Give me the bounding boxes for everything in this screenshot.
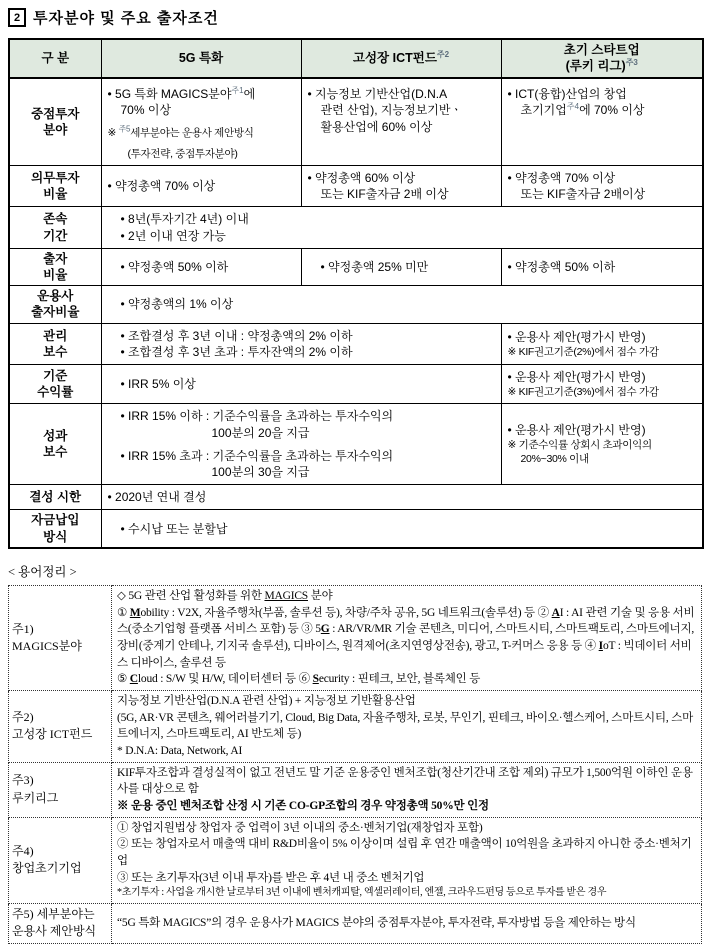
document-page: 2 투자분야 및 주요 출자조건 구 분5G 특화고성장 ICT펀드주2초기 스… — [0, 0, 710, 950]
table-cell: • 약정총액 70% 이상 — [101, 165, 301, 206]
text-segment: 구 분 — [41, 51, 69, 65]
term-definition: ◇ 5G 관련 산업 활성화를 위한 MAGICS 분야① Mobility :… — [112, 585, 702, 690]
row-label-text: 창업초기기업 — [12, 861, 82, 875]
text-segment: 분야 — [308, 590, 333, 602]
text-line: • IRR 15% 이하 : 기준수익률을 초과하는 투자수익의 — [108, 408, 495, 424]
text-segment: (루키 리그) — [566, 59, 626, 73]
text-line: 또는 KIF출자금 2배이상 — [508, 186, 697, 202]
row-label-text: 기간 — [43, 229, 67, 243]
row-label-text: 주1) — [12, 622, 34, 636]
table-row: 운용사출자비율• 약정총액의 1% 이상 — [9, 286, 703, 324]
text-segment: 또는 KIF출자금 2배 이상 — [321, 187, 449, 201]
text-segment: 지능정보 기반산업(D.N.A 관련 산업) + 지능정보 기반활용산업 — [117, 695, 416, 707]
terms-table-body: 주1)MAGICS분야◇ 5G 관련 산업 활성화를 위한 MAGICS 분야①… — [9, 585, 702, 943]
text-line: ⑤ Cloud : S/W 및 H/W, 데이터센터 등 ⑥ Security … — [117, 671, 696, 688]
text-line: • 약정총액 50% 이하 — [108, 259, 295, 275]
investment-conditions-table: 구 분5G 특화고성장 ICT펀드주2초기 스타트업(루키 리그)주3 중점투자… — [8, 38, 704, 549]
text-line: • 5G 특화 MAGICS분야주1에 — [108, 86, 295, 102]
row-header: 성과보수 — [9, 404, 101, 485]
row-label-text: 주3) — [12, 773, 34, 787]
text-segment: • 운용사 제안(평가시 반영) — [508, 370, 646, 384]
text-segment: M — [130, 607, 141, 619]
text-segment: • 운용사 제안(평가시 반영) — [508, 330, 646, 344]
table-cell: • IRR 15% 이하 : 기준수익률을 초과하는 투자수익의100분의 20… — [101, 404, 501, 485]
footnote-ref: 주4 — [567, 102, 579, 111]
text-line: • 약정총액 50% 이하 — [508, 259, 697, 275]
text-line: 관련 산업), 지능정보기반ㆍ — [308, 102, 495, 118]
row-header: 자금납입방식 — [9, 510, 101, 548]
text-segment: ※ KIF권고기준(2%)에서 점수 가감 — [508, 346, 659, 358]
table-cell: • 2020년 연내 결성 — [101, 485, 703, 510]
table-cell: • 8년(투자기간 4년) 이내• 2년 이내 연장 가능 — [101, 207, 703, 248]
row-label-text: 존속 — [43, 212, 67, 226]
table-cell: • 지능정보 기반산업(D.N.A관련 산업), 지능정보기반ㆍ활용산업에 60… — [301, 78, 501, 165]
text-line: • 약정총액 70% 이상 — [508, 170, 697, 186]
table-cell: • 조합결성 후 3년 이내 : 약정총액의 2% 이하• 조합결성 후 3년 … — [101, 323, 501, 364]
text-segment: ① 창업지원법상 창업자 중 업력이 3년 이내의 중소·벤처기업(재창업자 포… — [117, 822, 483, 834]
text-segment: ◇ 5G 관련 산업 활성화를 위한 — [117, 590, 264, 602]
table-cell: • 약정총액 60% 이상또는 KIF출자금 2배 이상 — [301, 165, 501, 206]
row-label-text: MAGICS분야 — [12, 639, 82, 653]
row-label-text: 보수 — [43, 445, 67, 459]
term-definition: KIF투자조합과 결성실적이 없고 전년도 말 기준 운용중인 벤처조합(청산기… — [112, 762, 702, 817]
text-line: 초기 스타트업 — [504, 43, 701, 59]
row-label-text: 결성 시한 — [29, 490, 81, 504]
row-header: 중점투자분야 — [9, 78, 101, 165]
text-segment: ※ KIF권고기준(3%)에서 점수 가감 — [508, 386, 659, 398]
row-label-text: 비율 — [43, 187, 67, 201]
text-line: (루키 리그)주3 — [504, 59, 701, 75]
table-cell: • 약정총액의 1% 이상 — [101, 286, 703, 324]
term-label: 주2)고성장 ICT펀드 — [9, 690, 112, 762]
text-segment: • 약정총액 50% 이하 — [508, 260, 616, 274]
row-label-text: 방식 — [43, 530, 67, 544]
text-line: • 8년(투자기간 4년) 이내 — [108, 211, 697, 227]
table-cell: • 약정총액 50% 이하 — [501, 248, 703, 286]
text-segment: ③ 또는 초기투자(3년 이내 투자)를 받은 후 4년 내 중소 벤처기업 — [117, 872, 424, 884]
row-label-text: 주2) — [12, 710, 34, 724]
text-line: “5G 특화 MAGICS”의 경우 운용사가 MAGICS 분야의 중점투자분… — [117, 915, 696, 932]
footnote-ref: 주5 — [119, 124, 131, 133]
text-segment: obility : V2X, 자율주행차(부품, 솔루션 등), 차량/주차 공… — [140, 607, 551, 619]
text-segment: 초기기업 — [521, 103, 567, 117]
term-row: 주5) 세부분야는운용사 제안방식“5G 특화 MAGICS”의 경우 운용사가… — [9, 903, 702, 943]
term-definition: ① 창업지원법상 창업자 중 업력이 3년 이내의 중소·벤처기업(재창업자 포… — [112, 817, 702, 903]
text-line: ◇ 5G 관련 산업 활성화를 위한 MAGICS 분야 — [117, 588, 696, 605]
text-segment: ※ 기준수익률 상회시 초과이익의 — [508, 439, 652, 451]
row-label-text: 운용사 — [37, 289, 73, 303]
text-line: • 약정총액의 1% 이상 — [108, 296, 697, 312]
term-row: 주3)루키리그KIF투자조합과 결성실적이 없고 전년도 말 기준 운용중인 벤… — [9, 762, 702, 817]
text-segment: 에 70% 이상 — [579, 103, 644, 117]
text-segment: • 약정총액 25% 미만 — [321, 260, 429, 274]
text-line: (투자전략, 중점투자분야) — [108, 147, 295, 161]
table-cell: • 5G 특화 MAGICS분야주1에70% 이상※ 주5세부분야는 운용사 제… — [101, 78, 301, 165]
text-segment: • 약정총액 70% 이상 — [508, 171, 616, 185]
text-line: • 운용사 제안(평가시 반영) — [508, 422, 697, 438]
row-header: 존속기간 — [9, 207, 101, 248]
text-segment: KIF투자조합과 결성실적이 없고 전년도 말 기준 운용중인 벤처조합(청산기… — [117, 767, 693, 796]
table-cell: • 약정총액 50% 이하 — [101, 248, 301, 286]
page-title: 2 투자분야 및 주요 출자조건 — [8, 7, 702, 28]
text-segment: • 수시납 또는 분할납 — [121, 522, 228, 536]
text-line: • 2020년 연내 결성 — [108, 489, 697, 505]
text-segment: loud : S/W 및 H/W, 데이터센터 등 ⑥ — [138, 673, 313, 685]
row-label-text: 주4) — [12, 844, 34, 858]
text-segment: • IRR 5% 이상 — [121, 377, 196, 391]
row-label-text: 보수 — [43, 345, 67, 359]
footnote-ref: 주1 — [231, 86, 243, 95]
text-line: ※ KIF권고기준(2%)에서 점수 가감 — [508, 345, 697, 359]
text-segment: 5G 특화 — [179, 51, 223, 65]
text-line: ※ KIF권고기준(3%)에서 점수 가감 — [508, 385, 697, 399]
table-row: 자금납입방식• 수시납 또는 분할납 — [9, 510, 703, 548]
text-line: 고성장 ICT펀드주2 — [304, 51, 499, 67]
text-line: ① 창업지원법상 창업자 중 업력이 3년 이내의 중소·벤처기업(재창업자 포… — [117, 820, 696, 837]
term-label: 주1)MAGICS분야 — [9, 585, 112, 690]
row-header: 출자비율 — [9, 248, 101, 286]
table-cell: • 약정총액 25% 미만 — [301, 248, 501, 286]
term-label: 주3)루키리그 — [9, 762, 112, 817]
text-line: ※ 운용 중인 벤처조합 산정 시 기존 CO-GP조합의 경우 약정총액 50… — [117, 798, 696, 815]
footnote-ref: 주2 — [437, 50, 449, 59]
text-segment: C — [130, 673, 138, 685]
terms-table: 주1)MAGICS분야◇ 5G 관련 산업 활성화를 위한 MAGICS 분야①… — [8, 585, 702, 944]
text-line: 구 분 — [12, 51, 99, 67]
row-label-text: 고성장 ICT펀드 — [12, 727, 92, 741]
text-segment: (투자전략, 중점투자분야) — [128, 148, 238, 160]
text-line: ※ 주5세부분야는 운용사 제안방식 — [108, 126, 295, 140]
text-segment: 관련 산업), 지능정보기반ㆍ — [321, 103, 463, 117]
text-segment: ① — [117, 607, 130, 619]
term-row: 주2)고성장 ICT펀드지능정보 기반산업(D.N.A 관련 산업) + 지능정… — [9, 690, 702, 762]
text-line: 활용산업에 60% 이상 — [308, 119, 495, 135]
text-line: • 약정총액 70% 이상 — [108, 178, 295, 194]
text-line: • ICT(융합)산업의 창업 — [508, 86, 697, 102]
text-segment: • 약정총액 50% 이하 — [121, 260, 229, 274]
column-header: 고성장 ICT펀드주2 — [301, 39, 501, 78]
text-segment: • IRR 15% 초과 : 기준수익률을 초과하는 투자수익의 — [121, 449, 394, 463]
text-line: • 약정총액 60% 이상 — [308, 170, 495, 186]
text-line: ② 또는 창업자로서 매출액 대비 R&D비율이 5% 이상이며 설립 후 연간… — [117, 836, 696, 869]
text-segment: • 조합결성 후 3년 이내 : 약정총액의 2% 이하 — [121, 329, 353, 343]
investment-table-body: 중점투자분야• 5G 특화 MAGICS분야주1에70% 이상※ 주5세부분야는… — [9, 78, 703, 548]
row-label-text: 루키리그 — [12, 791, 58, 805]
table-row: 기준수익률• IRR 5% 이상• 운용사 제안(평가시 반영)※ KIF권고기… — [9, 365, 703, 404]
row-label-text: 분야 — [43, 123, 67, 137]
text-line: ※ 기준수익률 상회시 초과이익의 — [508, 438, 697, 452]
text-segment: • 지능정보 기반산업(D.N.A — [308, 87, 448, 101]
text-segment: • 약정총액 70% 이상 — [108, 179, 216, 193]
table-row: 결성 시한• 2020년 연내 결성 — [9, 485, 703, 510]
text-line: • 조합결성 후 3년 초과 : 투자잔액의 2% 이하 — [108, 344, 495, 360]
text-line: (5G, AR·VR 콘텐츠, 웨어러블기기, Cloud, Big Data,… — [117, 710, 696, 743]
row-label-text: 관리 — [43, 329, 67, 343]
table-cell: • IRR 5% 이상 — [101, 365, 501, 404]
text-line: 20%~30% 이내 — [508, 452, 697, 466]
row-label-text: 출자 — [43, 252, 67, 266]
investment-table-header: 구 분5G 특화고성장 ICT펀드주2초기 스타트업(루키 리그)주3 — [9, 39, 703, 78]
row-label-text: 자금납입 — [31, 513, 79, 527]
text-segment: 활용산업에 60% 이상 — [321, 120, 433, 134]
column-header: 초기 스타트업(루키 리그)주3 — [501, 39, 703, 78]
text-segment: ⑤ — [117, 673, 130, 685]
text-segment: • ICT(융합)산업의 창업 — [508, 87, 627, 101]
table-row: 의무투자비율• 약정총액 70% 이상• 약정총액 60% 이상또는 KIF출자… — [9, 165, 703, 206]
table-cell: • ICT(융합)산업의 창업초기기업주4에 70% 이상 — [501, 78, 703, 165]
text-segment: 70% 이상 — [121, 103, 172, 117]
text-line: KIF투자조합과 결성실적이 없고 전년도 말 기준 운용중인 벤처조합(청산기… — [117, 765, 696, 798]
page-title-text: 투자분야 및 주요 출자조건 — [33, 7, 219, 28]
text-segment: • 8년(투자기간 4년) 이내 — [121, 212, 249, 226]
text-line: *초기투자 : 사업을 개시한 날로부터 3년 이내에 벤처캐피탈, 엑셀러레이… — [117, 886, 696, 901]
text-segment: 20%~30% 이내 — [521, 453, 589, 465]
text-line: • 조합결성 후 3년 이내 : 약정총액의 2% 이하 — [108, 328, 495, 344]
row-label-text: 의무투자 — [31, 171, 79, 185]
text-line: 100분의 20을 지급 — [108, 425, 495, 441]
row-label-text: 중점투자 — [31, 107, 79, 121]
term-label: 주4)창업초기기업 — [9, 817, 112, 903]
term-definition: “5G 특화 MAGICS”의 경우 운용사가 MAGICS 분야의 중점투자분… — [112, 903, 702, 943]
text-segment: A — [552, 607, 560, 619]
text-line: ③ 또는 초기투자(3년 이내 투자)를 받은 후 4년 내 중소 벤처기업 — [117, 870, 696, 887]
text-segment: 세부분야는 운용사 제안방식 — [130, 127, 253, 139]
text-segment: “5G 특화 MAGICS”의 경우 운용사가 MAGICS 분야의 중점투자분… — [117, 917, 636, 929]
text-line: * D.N.A: Data, Network, AI — [117, 743, 696, 760]
term-definition: 지능정보 기반산업(D.N.A 관련 산업) + 지능정보 기반활용산업(5G,… — [112, 690, 702, 762]
text-segment: • 조합결성 후 3년 초과 : 투자잔액의 2% 이하 — [121, 345, 353, 359]
table-cell: • 수시납 또는 분할납 — [101, 510, 703, 548]
row-header: 결성 시한 — [9, 485, 101, 510]
text-segment: * D.N.A: Data, Network, AI — [117, 745, 242, 757]
row-label-text: 기준 — [43, 369, 67, 383]
text-line: • 운용사 제안(평가시 반영) — [508, 369, 697, 385]
text-segment: • 2년 이내 연장 가능 — [121, 229, 226, 243]
table-row: 존속기간• 8년(투자기간 4년) 이내• 2년 이내 연장 가능 — [9, 207, 703, 248]
terms-caption: < 용어정리 > — [8, 562, 702, 580]
row-header: 의무투자비율 — [9, 165, 101, 206]
text-line: • IRR 15% 초과 : 기준수익률을 초과하는 투자수익의 — [108, 448, 495, 464]
row-label-text: 비율 — [43, 268, 67, 282]
row-header: 관리보수 — [9, 323, 101, 364]
text-segment: (5G, AR·VR 콘텐츠, 웨어러블기기, Cloud, Big Data,… — [117, 712, 693, 741]
row-label-text: 성과 — [43, 429, 67, 443]
text-segment: • 2020년 연내 결성 — [108, 490, 207, 504]
text-segment: MAGICS — [264, 590, 308, 602]
row-label-text: 출자비율 — [31, 305, 79, 319]
text-segment: 고성장 ICT펀드 — [353, 51, 437, 65]
table-row: 출자비율• 약정총액 50% 이하• 약정총액 25% 미만• 약정총액 50%… — [9, 248, 703, 286]
text-line: • 운용사 제안(평가시 반영) — [508, 329, 697, 345]
footnote-ref: 주3 — [626, 57, 638, 66]
text-line: • 2년 이내 연장 가능 — [108, 228, 697, 244]
text-segment: • 운용사 제안(평가시 반영) — [508, 423, 646, 437]
text-segment: 초기 스타트업 — [564, 43, 640, 57]
table-row: 중점투자분야• 5G 특화 MAGICS분야주1에70% 이상※ 주5세부분야는… — [9, 78, 703, 165]
text-segment: • 5G 특화 MAGICS분야 — [108, 87, 232, 101]
text-segment: 100분의 20을 지급 — [212, 426, 310, 440]
text-line: 지능정보 기반산업(D.N.A 관련 산업) + 지능정보 기반활용산업 — [117, 693, 696, 710]
table-cell: • 운용사 제안(평가시 반영)※ 기준수익률 상회시 초과이익의20%~30%… — [501, 404, 703, 485]
table-row: 성과보수• IRR 15% 이하 : 기준수익률을 초과하는 투자수익의100분… — [9, 404, 703, 485]
text-line: • IRR 5% 이상 — [108, 376, 495, 392]
row-header: 운용사출자비율 — [9, 286, 101, 324]
text-line: 70% 이상 — [108, 102, 295, 118]
table-row: 관리보수• 조합결성 후 3년 이내 : 약정총액의 2% 이하• 조합결성 후… — [9, 323, 703, 364]
text-line: 100분의 30을 지급 — [108, 464, 495, 480]
text-segment: • 약정총액 60% 이상 — [308, 171, 416, 185]
text-line: • 지능정보 기반산업(D.N.A — [308, 86, 495, 102]
term-row: 주4)창업초기기업① 창업지원법상 창업자 중 업력이 3년 이내의 중소·벤처… — [9, 817, 702, 903]
text-line: 5G 특화 — [104, 51, 299, 67]
table-cell: • 운용사 제안(평가시 반영)※ KIF권고기준(3%)에서 점수 가감 — [501, 365, 703, 404]
column-header: 5G 특화 — [101, 39, 301, 78]
text-line: 또는 KIF출자금 2배 이상 — [308, 186, 495, 202]
row-label-text: 주5) 세부분야는 — [12, 907, 95, 921]
text-segment: G — [321, 623, 330, 635]
header-row: 구 분5G 특화고성장 ICT펀드주2초기 스타트업(루키 리그)주3 — [9, 39, 703, 78]
column-header: 구 분 — [9, 39, 101, 78]
boxed-number-icon: 2 — [8, 8, 26, 27]
term-row: 주1)MAGICS분야◇ 5G 관련 산업 활성화를 위한 MAGICS 분야①… — [9, 585, 702, 690]
text-segment: • IRR 15% 이하 : 기준수익률을 초과하는 투자수익의 — [121, 409, 394, 423]
text-segment: 에 — [244, 87, 256, 101]
text-segment: 또는 KIF출자금 2배이상 — [521, 187, 646, 201]
text-segment: ※ 운용 중인 벤처조합 산정 시 기존 CO-GP조합의 경우 약정총액 50… — [117, 800, 489, 812]
term-label: 주5) 세부분야는운용사 제안방식 — [9, 903, 112, 943]
text-segment: ② 또는 창업자로서 매출액 대비 R&D비율이 5% 이상이며 설립 후 연간… — [117, 838, 692, 867]
table-cell: • 약정총액 70% 이상또는 KIF출자금 2배이상 — [501, 165, 703, 206]
text-segment: *초기투자 : 사업을 개시한 날로부터 3년 이내에 벤처캐피탈, 엑셀러레이… — [117, 887, 606, 898]
text-line: 초기기업주4에 70% 이상 — [508, 102, 697, 118]
text-segment: ecurity : 핀테크, 보안, 블록체인 등 — [319, 673, 480, 685]
table-cell: • 운용사 제안(평가시 반영)※ KIF권고기준(2%)에서 점수 가감 — [501, 323, 703, 364]
text-segment: ※ — [108, 127, 119, 139]
text-line: ① Mobility : V2X, 자율주행차(부품, 솔루션 등), 차량/주… — [117, 605, 696, 672]
text-segment: 100분의 30을 지급 — [212, 465, 310, 479]
row-header: 기준수익률 — [9, 365, 101, 404]
row-label-text: 운용사 제안방식 — [12, 924, 96, 938]
text-line: • 약정총액 25% 미만 — [308, 259, 495, 275]
text-line: • 수시납 또는 분할납 — [108, 521, 697, 537]
text-segment: • 약정총액의 1% 이상 — [121, 297, 234, 311]
row-label-text: 수익률 — [37, 385, 73, 399]
